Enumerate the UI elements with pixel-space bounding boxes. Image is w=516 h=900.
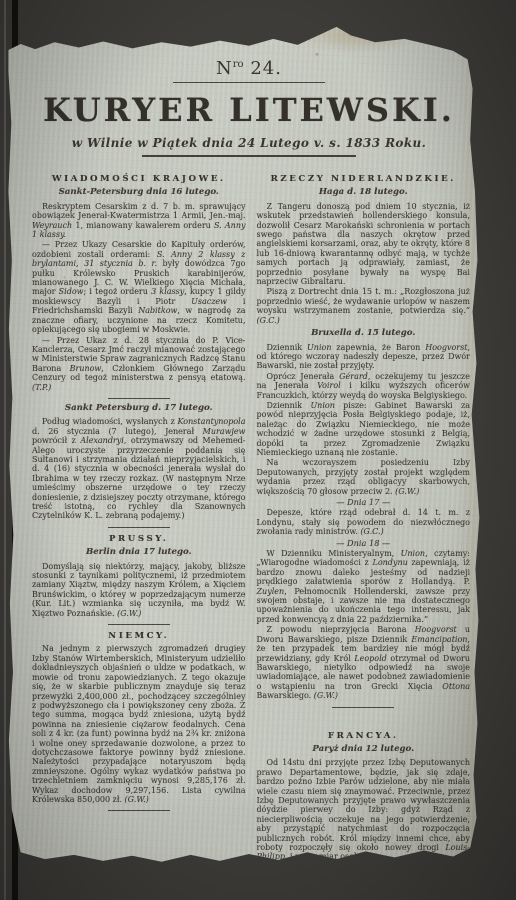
dateline: Paryż dnia 12 lutego. (257, 745, 471, 754)
article-columns: WIADOMOŚCI KRAJOWE.Sankt-Petersburg dnia… (6, 166, 492, 863)
issue-number: Nro 24. (6, 58, 492, 79)
paragraph: Na jednym z pierwszych zgromadzeń drugie… (32, 644, 246, 804)
masthead-rule-top (173, 82, 325, 83)
section-rule (332, 707, 394, 708)
paragraph: — Przez Ukaz z d. 28 stycznia do P. Vice… (32, 336, 246, 392)
paragraph: Dziennik Union zapewnia, że Baron Hoogvo… (257, 343, 471, 371)
dateline: Sankt Petersburg d. 17 lutego. (32, 404, 246, 413)
section-heading: FRANCYA. (257, 732, 471, 741)
section-heading: NIEMCY. (32, 632, 246, 641)
section-rule (108, 398, 170, 399)
right-column: RZECZY NIDERLANDZKIE.Haga d. 18 lutego.Z… (257, 168, 471, 863)
masthead-rule-bottom (142, 155, 356, 157)
left-column: WIADOMOŚCI KRAJOWE.Sankt-Petersburg dnia… (32, 168, 246, 863)
newspaper-title: KURYER LITEWSKI. (6, 91, 492, 129)
section-heading: WIADOMOŚCI KRAJOWE. (32, 175, 246, 184)
paragraph: Oprócz Jenerała Gérard, oczekujemy tu je… (257, 372, 471, 400)
dash-dateline: — Dnia 17 — (257, 498, 471, 507)
section-rule (108, 527, 170, 528)
section-heading: RZECZY NIDERLANDZKIE. (257, 175, 471, 184)
masthead-dateline: w Wilnie w Piątek dnia 24 Lutego v. s. 1… (6, 136, 492, 150)
section-heading: PRUSSY. (32, 535, 246, 544)
dateline: Sankt-Petersburg dnia 16 lutego. (32, 188, 246, 197)
dateline: Berlin dnia 17 lutego. (32, 548, 246, 557)
paragraph: Z Tangeru donoszą pod dniem 10 stycznia,… (257, 202, 471, 287)
newspaper-page: Nro 24. KURYER LITEWSKI. w Wilnie w Piąt… (6, 20, 492, 878)
paragraph: Depesze, które rząd odebrał d. 14 t. m. … (257, 508, 471, 536)
column-gap (257, 713, 471, 725)
paragraph: Od 14stu dni przyjęte przez Izbę Deputow… (257, 758, 471, 861)
page-edge-highlight (4, 0, 6, 900)
section-rule (108, 810, 170, 811)
scan-background: Nro 24. KURYER LITEWSKI. w Wilnie w Piąt… (0, 0, 516, 900)
paragraph: — Przez Ukazy Cesarskie do Kapituły orde… (32, 240, 246, 334)
paragraph: Piszą z Dortrecht dnia 15 t. m.: „Rozgło… (257, 287, 471, 325)
paragraph: Reskryptem Cesarskim z d. 7 b. m. sprawu… (32, 202, 246, 240)
section-rule (108, 624, 170, 625)
paragraph: Podług wiadomości, wysłanych z Konstanty… (32, 417, 246, 520)
dateline: Haga d. 18 lutego. (257, 188, 471, 197)
masthead: Nro 24. KURYER LITEWSKI. w Wilnie w Piąt… (6, 58, 492, 157)
paragraph: Na wczorayszem posiedzeniu Izby Deputowa… (257, 458, 471, 496)
paragraph: Z powodu nieprzyjęcia Barona Hoogvorst u… (257, 625, 471, 700)
paragraph: Domyślają się niektórzy, mający, jakoby,… (32, 562, 246, 618)
paragraph: W Dzienniku Ministeryalnym, Union, czyta… (257, 549, 471, 624)
dash-dateline: — Dnia 18 — (257, 539, 471, 548)
paragraph: Dziennik Union pisze: Gabinet Bawarski z… (257, 401, 471, 457)
dateline: Bruxella d. 15 lutego. (257, 329, 471, 338)
